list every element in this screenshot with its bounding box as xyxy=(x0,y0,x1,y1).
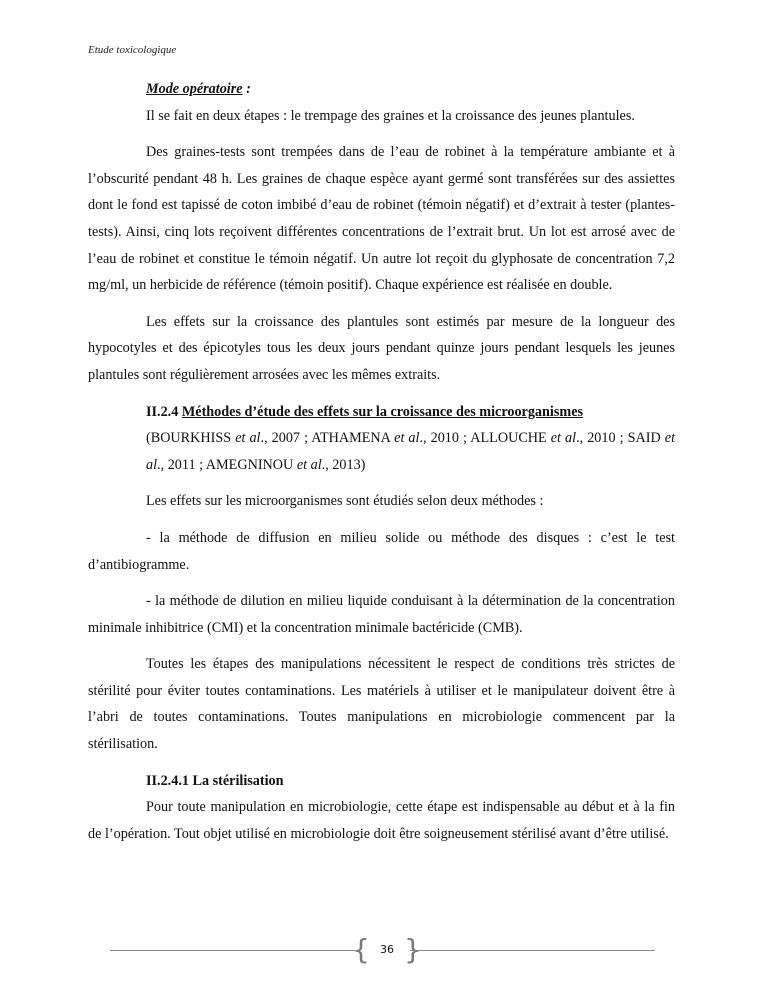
ref-etal: et al xyxy=(297,457,322,473)
ref-year: ., 2011 ; xyxy=(157,457,206,473)
mode-operatoire-intro: Il se fait en deux étapes : le trempage … xyxy=(88,103,675,130)
footer-rule-right xyxy=(410,950,655,951)
section-heading-2-2-4-1: II.2.4.1 La stérilisation xyxy=(88,768,675,795)
ref-author: ALLOUCHE xyxy=(470,430,551,446)
references: (BOURKHISS et al., 2007 ; ATHAMENA et al… xyxy=(88,425,675,478)
ref-author: AMEGNINOU xyxy=(206,457,297,473)
section-heading-2-2-4: II.2.4 Méthodes d’étude des effets sur l… xyxy=(88,399,675,426)
brace-left-icon: { xyxy=(352,936,370,964)
running-header: Etude toxicologique xyxy=(88,44,176,56)
section-number: II.2.4 xyxy=(146,404,182,420)
ref-year: ., 2010 ; xyxy=(576,430,628,446)
methods-intro: Les effets sur les microorganismes sont … xyxy=(88,488,675,515)
paragraph-seeds: Des graines-tests sont trempées dans de … xyxy=(88,139,675,299)
ref-year: ., 2010 ; xyxy=(419,430,470,446)
ref-author: (BOURKHISS xyxy=(146,430,235,446)
mode-operatoire-heading: Mode opératoire : xyxy=(88,76,675,103)
ref-author: SAID xyxy=(628,430,665,446)
method-dilution: - la méthode de dilution en milieu liqui… xyxy=(88,588,675,641)
method-diffusion: - la méthode de diffusion en milieu soli… xyxy=(88,525,675,578)
paragraph-sterility: Toutes les étapes des manipulations néce… xyxy=(88,651,675,757)
page-body: Mode opératoire : Il se fait en deux éta… xyxy=(88,76,675,847)
page-footer: { 36 } xyxy=(110,934,655,968)
paragraph-growth: Les effets sur la croissance des plantul… xyxy=(88,309,675,389)
paragraph-sterilisation: Pour toute manipulation en microbiologie… xyxy=(88,794,675,847)
footer-rule-left xyxy=(110,950,355,951)
ref-etal: et al xyxy=(551,430,576,446)
heading-suffix: : xyxy=(243,81,251,97)
heading-text: Mode opératoire xyxy=(146,81,243,97)
ref-year: ., 2013) xyxy=(322,457,366,473)
ref-etal: et al xyxy=(235,430,260,446)
ref-year: ., 2007 ; xyxy=(261,430,312,446)
section-title: Méthodes d’étude des effets sur la crois… xyxy=(182,404,583,420)
ref-etal: et al xyxy=(394,430,419,446)
ref-author: ATHAMENA xyxy=(311,430,394,446)
page-number: 36 xyxy=(372,943,402,956)
